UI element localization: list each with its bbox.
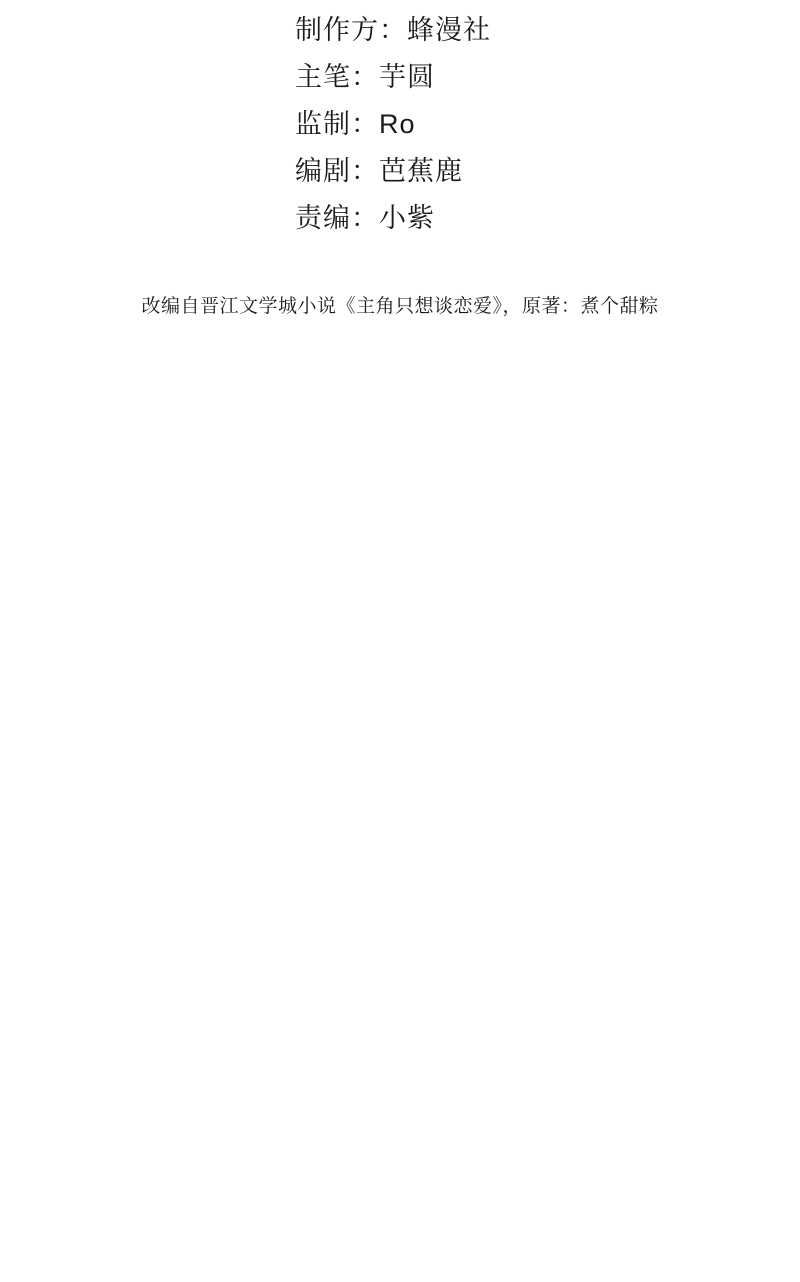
credit-line-editor: 责编：小紫 bbox=[295, 195, 491, 242]
credit-line-producer: 制作方：蜂漫社 bbox=[295, 7, 491, 54]
adaptation-source-note: 改编自晋江文学城小说《主角只想谈恋爱》，原著：煮个甜粽 bbox=[0, 294, 800, 320]
credit-line-supervisor: 监制：Ro bbox=[295, 101, 491, 148]
credits-block: 制作方：蜂漫社 主笔：芋圆 监制：Ro 编剧：芭蕉鹿 责编：小紫 bbox=[295, 7, 491, 242]
credit-line-screenwriter: 编剧：芭蕉鹿 bbox=[295, 148, 491, 195]
credit-line-lead-artist: 主笔：芋圆 bbox=[295, 54, 491, 101]
credits-page: 制作方：蜂漫社 主笔：芋圆 监制：Ro 编剧：芭蕉鹿 责编：小紫 改编自晋江文学… bbox=[0, 0, 800, 1282]
